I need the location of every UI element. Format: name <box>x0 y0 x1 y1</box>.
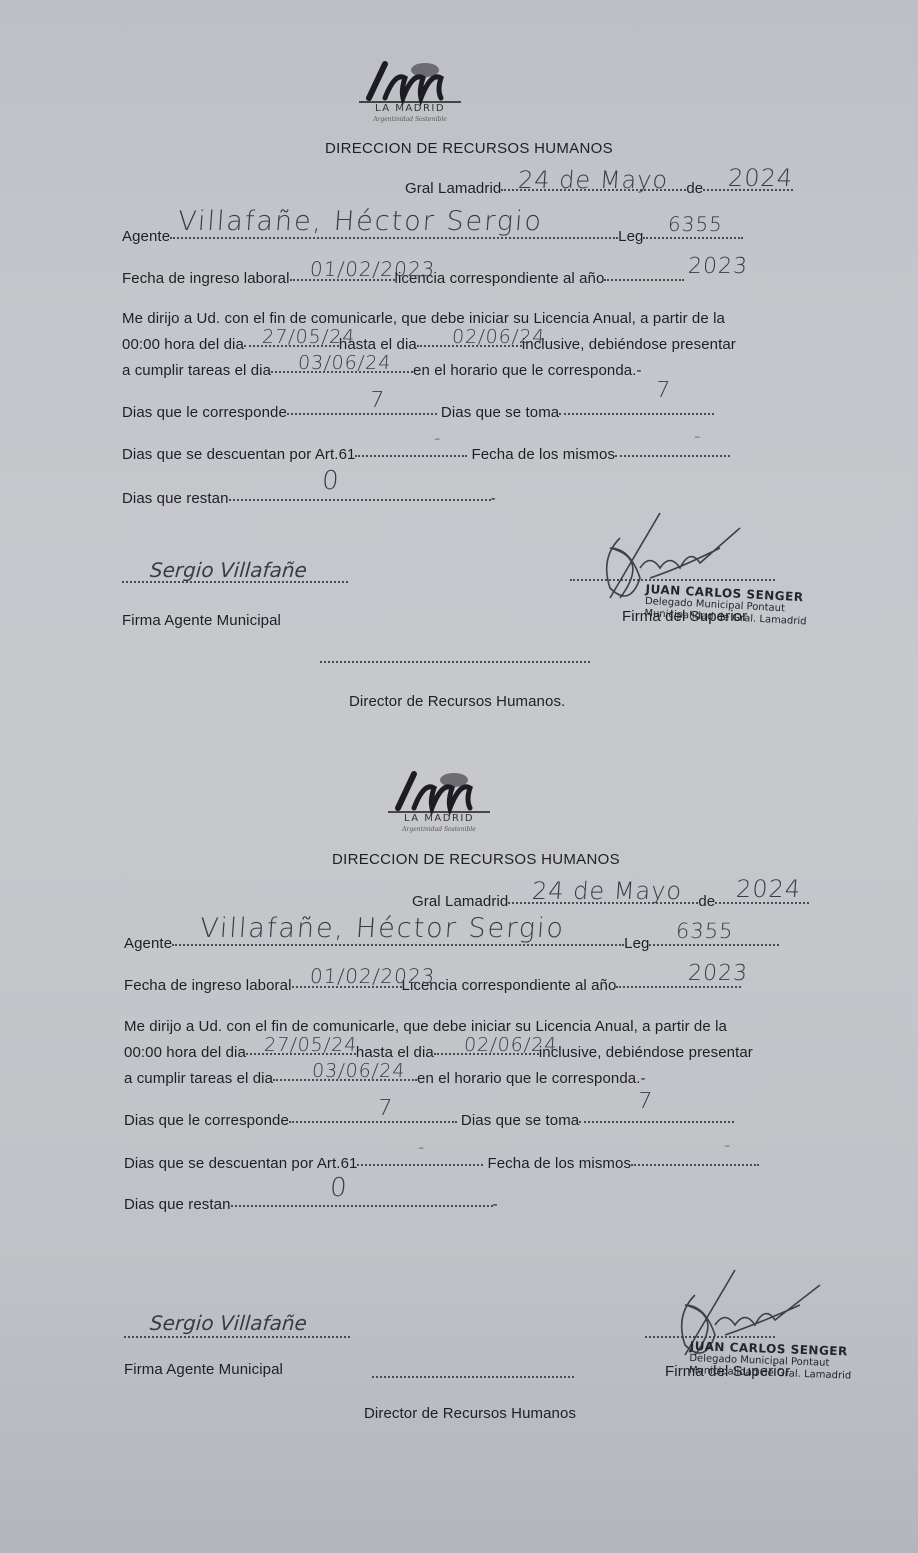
hire-date-value: 01/02/2023 <box>309 964 436 988</box>
municipal-logo-icon: LA MADRID Argentinidad Sostenible <box>355 58 465 128</box>
body-line-1: Me dirijo a Ud. con el fin de comunicarl… <box>122 310 725 327</box>
agent-signature: Sergio Villafañe <box>149 558 308 582</box>
days-taken-value: 7 <box>637 1089 654 1114</box>
deducted-dates-label: Fecha de los mismos <box>471 446 615 463</box>
body-line-2: 00:00 hora del diahasta el diainclusive,… <box>122 336 736 353</box>
from-label: 00:00 hora del dia <box>122 336 244 353</box>
form-heading: DIRECCION DE RECURSOS HUMANOS <box>332 851 620 868</box>
hire-date-value: 01/02/2023 <box>309 257 436 281</box>
leg-label: Leg <box>618 228 643 245</box>
end-date-value: 02/06/24 <box>451 326 546 348</box>
days-remaining-line: Dias que restan- <box>122 490 496 507</box>
deducted-dates-value: - <box>723 1135 732 1156</box>
days-entitled-line: Dias que le correspondeDias que se toma <box>124 1112 734 1129</box>
hire-date-label: Fecha de ingreso laboral <box>122 270 290 287</box>
deducted-dates-value: - <box>693 426 702 447</box>
leg-number-value: 6355 <box>675 919 734 943</box>
until-label: hasta el dia <box>356 1044 434 1061</box>
director-signature-label: Director de Recursos Humanos <box>364 1405 576 1422</box>
schedule-label: en el horario que le corresponda.- <box>417 1070 646 1087</box>
logo-municipality: LA MADRID <box>355 103 465 114</box>
days-taken-value: 7 <box>655 378 672 403</box>
supervisor-signature-label: Firma del Superior <box>622 608 747 625</box>
days-remaining-line: Dias que restan- <box>124 1196 498 1213</box>
from-label: 00:00 hora del dia <box>124 1044 246 1061</box>
return-date-value: 03/06/24 <box>311 1060 406 1082</box>
leg-number-value: 6355 <box>667 212 724 236</box>
agent-signature-label: Firma Agente Municipal <box>124 1361 283 1378</box>
deducted-dates-label: Fecha de los mismos <box>487 1155 631 1172</box>
days-taken-label: Dias que se toma <box>441 404 559 421</box>
director-signature-label: Director de Recursos Humanos. <box>349 693 565 710</box>
director-signature-line <box>320 652 590 669</box>
form-heading: DIRECCION DE RECURSOS HUMANOS <box>325 140 613 157</box>
license-form-copy-2: LA MADRID Argentinidad Sostenible DIRECC… <box>0 715 918 1435</box>
days-deducted-label: Dias que se descuentan por Art.61 <box>122 446 355 463</box>
inclusive-label: inclusive, debiéndose presentar <box>522 336 736 353</box>
days-entitled-value: 7 <box>377 1096 394 1121</box>
days-deducted-value: - <box>417 1137 426 1158</box>
agent-signature-label: Firma Agente Municipal <box>122 612 281 629</box>
city-label: Gral Lamadrid <box>405 180 501 197</box>
days-entitled-label: Dias que le corresponde <box>124 1112 289 1129</box>
days-taken-label: Dias que se toma <box>461 1112 579 1129</box>
days-deducted-line: Dias que se descuentan por Art.61Fecha d… <box>124 1155 759 1172</box>
days-entitled-value: 7 <box>369 388 386 413</box>
year-prefix: de <box>698 893 715 910</box>
municipal-logo-icon: LA MADRID Argentinidad Sostenible <box>384 768 494 838</box>
days-entitled-label: Dias que le corresponde <box>122 404 287 421</box>
end-date-value: 02/06/24 <box>463 1034 558 1056</box>
logo-municipality: LA MADRID <box>384 813 494 824</box>
agent-name-value: Villafañe, Héctor Sergio <box>199 913 566 944</box>
days-deducted-line: Dias que se descuentan por Art.61Fecha d… <box>122 446 730 463</box>
start-date-value: 27/05/24 <box>263 1034 358 1056</box>
start-date-value: 27/05/24 <box>261 326 356 348</box>
city-label: Gral Lamadrid <box>412 893 508 910</box>
agent-label: Agente <box>124 935 172 952</box>
return-label: a cumplir tareas el dia <box>122 362 271 379</box>
agent-label: Agente <box>122 228 170 245</box>
body-line-1: Me dirijo a Ud. con el fin de comunicarl… <box>124 1018 727 1035</box>
date-year-value: 2024 <box>727 164 794 192</box>
days-remaining-label: Dias que restan <box>124 1196 231 1213</box>
year-prefix: de <box>686 180 703 197</box>
hire-date-label: Fecha de ingreso laboral <box>124 977 292 994</box>
director-signature-line <box>372 1367 574 1384</box>
date-day-month-value: 24 de Mayo <box>531 877 683 905</box>
schedule-label: en el horario que le corresponda.- <box>413 362 642 379</box>
days-entitled-line: Dias que le correspondeDias que se toma <box>122 404 714 421</box>
days-deducted-label: Dias que se descuentan por Art.61 <box>124 1155 357 1172</box>
days-deducted-value: - <box>433 428 442 449</box>
date-day-month-value: 24 de Mayo <box>517 166 669 194</box>
return-date-value: 03/06/24 <box>297 352 392 374</box>
license-year-value: 2023 <box>687 254 749 279</box>
days-remaining-value: 0 <box>329 1173 349 1203</box>
logo-tagline: Argentinidad Sostenible <box>355 116 465 123</box>
days-remaining-label: Dias que restan <box>122 490 229 507</box>
agent-name-value: Villafañe, Héctor Sergio <box>177 206 544 237</box>
logo-tagline: Argentinidad Sostenible <box>384 826 494 833</box>
agent-signature: Sergio Villafañe <box>149 1311 308 1335</box>
body-line-2: 00:00 hora del diahasta el diainclusive,… <box>124 1044 753 1061</box>
license-year-value: 2023 <box>687 961 749 986</box>
date-year-value: 2024 <box>735 875 802 903</box>
inclusive-label: inclusive, debiéndose presentar <box>539 1044 753 1061</box>
license-form-copy-1: LA MADRID Argentinidad Sostenible DIRECC… <box>0 0 918 720</box>
supervisor-signature-label: Firma del Superior <box>665 1363 790 1380</box>
days-remaining-value: 0 <box>321 466 341 496</box>
leg-label: Leg <box>624 935 649 952</box>
return-label: a cumplir tareas el dia <box>124 1070 273 1087</box>
